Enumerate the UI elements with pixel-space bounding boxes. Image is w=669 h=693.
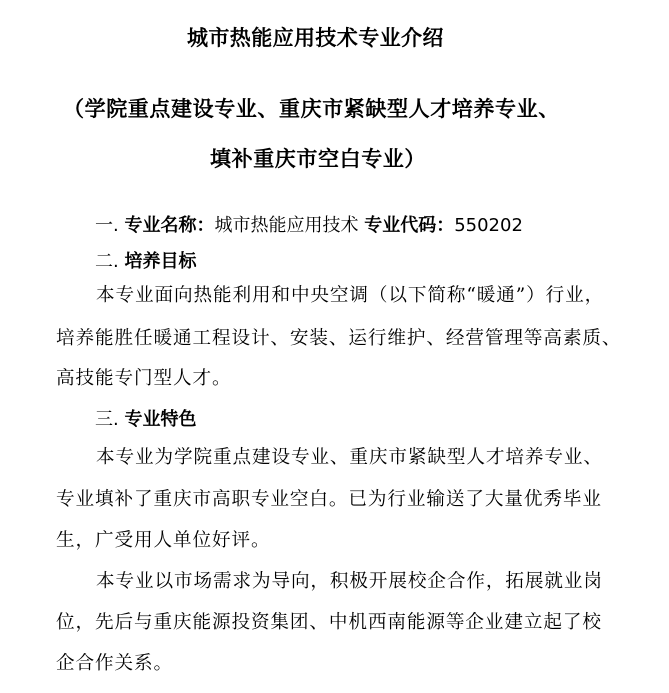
document-subtitle-line-2: 填补重庆市空白专业）: [210, 149, 426, 170]
paragraph-line: 生，广受用人单位好评。: [56, 532, 270, 551]
section-training-goal-heading: 二. 培养目标: [95, 253, 196, 271]
paragraph-line: 培养能胜任暖通工程设计、安装、运行维护、经营管理等高素质、: [56, 330, 621, 349]
section-number: 二.: [95, 251, 119, 272]
major-code-value: 550202: [454, 215, 523, 236]
section-title: 专业特色: [124, 409, 196, 430]
document-title: 城市热能应用技术专业介绍: [187, 28, 444, 49]
paragraph-line: 本专业为学院重点建设专业、重庆市紧缺型人才培养专业、: [96, 449, 603, 468]
section-major-name: 一. 专业名称：城市热能应用技术 专业代码：550202: [95, 217, 523, 235]
section-number: 三.: [95, 409, 119, 430]
paragraph-line: 企合作关系。: [56, 655, 173, 674]
major-name-label: 专业名称：: [124, 215, 214, 236]
paragraph-line: 本专业以市场需求为导向，积极开展校企合作，拓展就业岗: [96, 573, 603, 592]
paragraph-line: 高技能专门型人才。: [56, 370, 231, 389]
section-number: 一.: [95, 215, 119, 236]
major-code-label: 专业代码：: [364, 215, 454, 236]
section-title: 培养目标: [124, 251, 196, 272]
paragraph-line: 本专业面向热能利用和中央空调（以下简称“暖通”）行业，: [96, 287, 604, 306]
section-features-heading: 三. 专业特色: [95, 411, 196, 429]
major-name-value: 城市热能应用技术: [214, 215, 358, 236]
document-subtitle-line-1: （学院重点建设专业、重庆市紧缺型人才培养专业、: [63, 99, 560, 120]
paragraph-line: 专业填补了重庆市高职专业空白。已为行业输送了大量优秀毕业: [56, 491, 602, 510]
paragraph-line: 位，先后与重庆能源投资集团、中机西南能源等企业建立起了校: [56, 614, 602, 633]
